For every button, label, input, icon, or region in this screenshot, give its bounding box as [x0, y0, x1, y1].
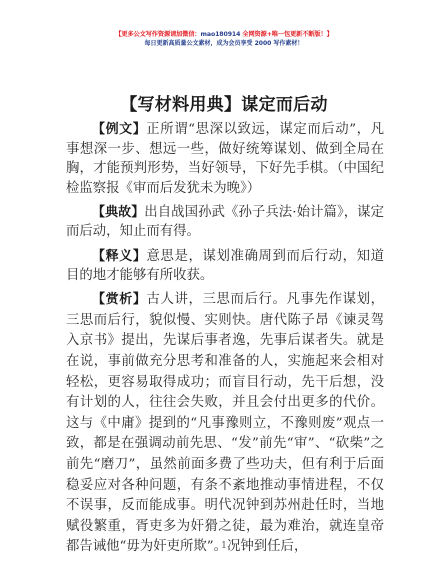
promo-header-line2: 每日更新高质量公文素材，成为会员享受 2000 写作素材！ — [0, 39, 448, 48]
paragraph-meaning: 【释义】意思是，谋划准确周到而后行动，知道目的地才能够有所收获。 — [66, 247, 384, 286]
section-tag-example: 【例文】 — [92, 122, 146, 137]
promo-prefix: 【更多公文写作资源请加微信： — [115, 31, 200, 38]
page-number: 1 — [0, 541, 448, 551]
section-tag-meaning: 【释义】 — [92, 249, 146, 264]
paragraph-origin: 【典故】出自战国孙武《孙子兵法·始计篇》，谋定而后动，知止而有得。 — [66, 203, 384, 242]
page-title: 【写材料用典】谋定而后动 — [0, 90, 448, 115]
promo-header: 【更多公文写作资源请加微信：mao180914 全网资源+唯一包更新不断版！】 … — [0, 30, 448, 48]
section-tag-analysis: 【赏析】 — [92, 292, 146, 307]
paragraph-analysis: 【赏析】古人讲，三思而后行。凡事先作谋划，三思而后行，貌似慢、实则快。唐代陈子昂… — [66, 290, 384, 558]
section-tag-origin: 【典故】 — [92, 205, 144, 220]
wechat-id: mao180914 — [201, 31, 241, 38]
document-page: 【更多公文写作资源请加微信：mao180914 全网资源+唯一包更新不断版！】 … — [0, 0, 448, 580]
document-body: 【例文】正所谓“思深以致远，谋定而后动”，凡事想深一步、想远一些，做好统筹谋划、… — [66, 120, 384, 562]
promo-suffix: 全网资源+唯一包更新不断版！】 — [240, 31, 332, 38]
paragraph-example: 【例文】正所谓“思深以致远，谋定而后动”，凡事想深一步、想远一些，做好统筹谋划、… — [66, 120, 384, 198]
paragraph-text: 古人讲，三思而后行。凡事先作谋划，三思而后行，貌似慢、实则快。唐代陈子昂《谏灵驾… — [66, 292, 384, 554]
promo-header-line1: 【更多公文写作资源请加微信：mao180914 全网资源+唯一包更新不断版！】 — [0, 30, 448, 39]
